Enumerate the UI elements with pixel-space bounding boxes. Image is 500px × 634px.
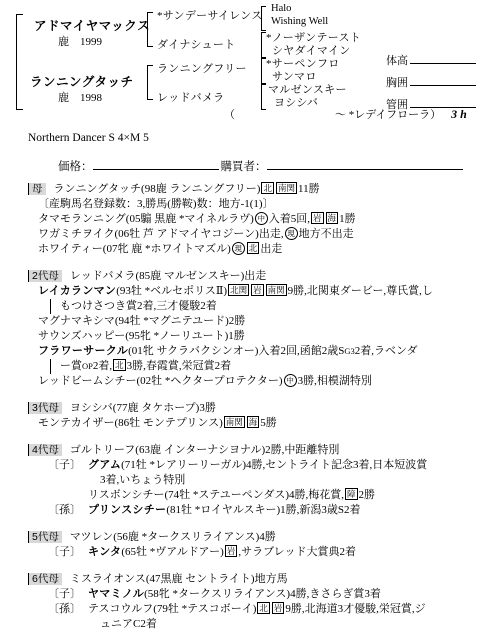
text: ュニアC2着 <box>100 618 157 630</box>
region-box: 岩 <box>251 284 264 296</box>
region-box: 北 <box>261 182 274 194</box>
family-note-tail: ～ *レデイフローラ） <box>335 109 441 121</box>
text: (93牡 *ベルセポリスⅡ) <box>116 285 227 297</box>
text: テスコウルフ(79牡 *テスコボーイ) <box>88 603 256 615</box>
text: (01牝 サクラバクシンオー)入着2回,函館2歳S <box>128 345 344 357</box>
dam-section: 3代母ヨシシバ(77鹿 タケホープ)3勝モンテカイザー(86牡 モンテプリンス)… <box>28 401 492 431</box>
buyer-fill-line <box>267 158 463 170</box>
section-label: 6代母 <box>28 573 62 585</box>
pedigree-line: フラワーサークル(01牝 サクラバクシンオー)入着2回,函館2歳SG32着,ラベ… <box>28 344 492 359</box>
text: (81牡 *ロイヤルスキー)1勝,新潟3歳S2着 <box>166 504 360 516</box>
section-head-text: レッドバメラ(85鹿 マルゼンスキー)出走 <box>70 270 266 282</box>
horse-name-bold: レイカランマン <box>38 285 116 297</box>
horse-name-bold: プリンスシチー <box>88 504 166 516</box>
region-box: 北関 <box>228 284 249 296</box>
buyer-label: 購買者： <box>221 161 267 173</box>
pedigree-line: ュニアC2着 <box>28 617 492 632</box>
text: レッドビームシチー(02牡 *ヘクタープロテクター) <box>38 375 283 387</box>
pedigree-line: 〔子〕グアム(71牡 *レアリーリーガル)4勝,セントライト記念3着,日本短波賞 <box>28 458 492 473</box>
text: (71牡 *レアリーリーガル)4勝,セントライト記念3着,日本短波賞 <box>121 459 427 471</box>
region-box: 南関 <box>224 416 245 428</box>
pedigree-line: モンテカイザー(86牡 モンテプリンス)南関海5勝 <box>28 416 492 431</box>
family-note-open: （ <box>224 109 235 121</box>
text: ホワイティー(07牝 鹿 *ホワイトマズル) <box>38 243 231 255</box>
text: 出走 <box>260 243 282 255</box>
region-box: 南関 <box>276 182 297 194</box>
region-box: 北 <box>247 242 260 254</box>
text: タマモランニング(05騸 黒鹿 *マイネルラヴ) <box>38 213 254 225</box>
section-head-text: マツレン(56鹿 *タークスリライアンス)4勝 <box>70 531 276 543</box>
pedigree-line: 〔孫〕テスコウルフ(79牡 *テスコボーイ)北岩9勝,北海道3才優駿,栄冠賞,ジ <box>28 602 492 617</box>
text: 入着5回, <box>269 213 310 225</box>
text: 9勝,北関東ダービー,尊氏賞,し <box>288 285 433 297</box>
dam-coat-year: 鹿 1998 <box>58 89 102 105</box>
family-note: （～ *レデイフローラ）3 h <box>224 106 467 122</box>
section-head: 母ランニングタッチ(98鹿 ランニングフリー)北南関11勝 <box>28 182 492 197</box>
text: (65牡 *ヴアルドアー) <box>121 546 223 558</box>
family-number: 3 h <box>451 107 467 121</box>
text: ワガミチヲイク(06牡 芦 アドマイヤコジーン)出走, <box>38 228 284 240</box>
relation-prefix: 〔孫〕 <box>48 602 88 617</box>
section-head-text: ゴルトリーフ(63鹿 インターナシヨナル)2勝,中距離特別 <box>70 444 340 456</box>
price-fill-line <box>93 158 219 170</box>
pedigree-line: リスボンシチー(74牡 *ステユーペンダス)4勝,梅花賞,障2勝 <box>28 488 492 503</box>
sire-ff: Halo <box>271 3 291 14</box>
region-box: 海 <box>326 212 339 224</box>
text: モンテカイザー(86牡 モンテプリンス) <box>38 417 223 429</box>
relation-prefix: 〔孫〕 <box>48 503 88 518</box>
horse-name-bold: グアム <box>88 459 121 471</box>
inbreeding-note: Northern Dancer S 4×M 5 <box>0 132 500 144</box>
text: 3着,いちょう特別 <box>100 474 185 486</box>
section-head: 4代母ゴルトリーフ(63鹿 インターナシヨナル)2勝,中距離特別 <box>28 443 492 458</box>
section-label: 母 <box>28 183 46 195</box>
horse-name-bold: フラワーサークル <box>38 345 128 357</box>
height-label: 体高 <box>386 55 408 67</box>
text: 2着,ラベンダ <box>355 345 418 357</box>
pedigree-line: タマモランニング(05騸 黒鹿 *マイネルラヴ)中入着5回,岩海1勝 <box>28 212 492 227</box>
region-box: 北 <box>113 359 126 371</box>
text: サウンズハッピー(95牝 *ノーリユート)1勝 <box>38 330 245 342</box>
pedigree-line: 〔産駒馬名登録数：3,勝馬(勝鞍)数：地方-1(1)〕 <box>28 197 492 212</box>
text: ,サラブレッド大賞典2着 <box>238 546 356 558</box>
pedigree-document: アドマイヤマックス 鹿 1999 *サンデーサイレンス ダイナシュート Halo… <box>0 0 500 634</box>
circle-mark: 中 <box>255 212 268 225</box>
sire-father: *サンデーサイレンス <box>157 7 263 23</box>
text: マグナマキシマ(94牡 *マグニテユード)2勝 <box>38 315 245 327</box>
text: 3勝,春霞賞,栄冠賞2着 <box>127 360 232 372</box>
sire-coat-year: 鹿 1999 <box>58 33 102 49</box>
text: 5勝 <box>260 417 277 429</box>
horse-name-bold: キンタ <box>88 546 121 558</box>
relation-prefix: 〔子〕 <box>48 587 88 602</box>
tree-bracket-dam <box>147 65 153 100</box>
region-box: 海 <box>247 416 260 428</box>
pedigree-line: 〔子〕ヤマミノル(58牝 *タークスリライアンス)4勝,きさらぎ賞3着 <box>28 587 492 602</box>
pedigree-chart: アドマイヤマックス 鹿 1999 *サンデーサイレンス ダイナシュート Halo… <box>0 0 500 128</box>
tree-bracket-outer <box>16 14 23 110</box>
section-head: 6代母ミスライオンス(47黒鹿 セントライト)地方馬 <box>28 572 492 587</box>
text: ゴルトリーフ(63鹿 インターナシヨナル)2勝,中距離特別 <box>70 444 340 456</box>
girth-label: 胸囲 <box>386 77 408 89</box>
relation-prefix: 〔子〕 <box>48 458 88 473</box>
pedigree-line: レッドビームシチー(02牡 *ヘクタープロテクター)中3勝,相模湖特別 <box>28 374 492 389</box>
height-fill-line <box>410 52 476 64</box>
sire-mother: ダイナシュート <box>157 36 235 52</box>
dam-mother: レッドバメラ <box>157 89 224 105</box>
dam-section: 4代母ゴルトリーフ(63鹿 インターナシヨナル)2勝,中距離特別〔子〕グアム(7… <box>28 443 492 518</box>
sire-fm: Wishing Well <box>271 16 328 27</box>
region-box: 岩 <box>225 545 238 557</box>
pedigree-line: 3着,いちょう特別 <box>28 473 492 488</box>
section-label: 3代母 <box>28 402 62 414</box>
text: もつけさつき賞2着,三才優駿2着 <box>60 300 217 312</box>
pedigree-line: 〔子〕キンタ(65牡 *ヴアルドアー)岩,サラブレッド大賞典2着 <box>28 545 492 560</box>
text: ランニングタッチ(98鹿 ランニングフリー) <box>54 183 261 195</box>
dam-section: 2代母レッドバメラ(85鹿 マルゼンスキー)出走レイカランマン(93牡 *ベルセ… <box>28 269 492 389</box>
region-box: 障 <box>345 488 358 500</box>
dam-father: ランニングフリー <box>157 60 247 76</box>
dam-section: 6代母ミスライオンス(47黒鹿 セントライト)地方馬〔子〕ヤマミノル(58牝 *… <box>28 572 492 632</box>
circle-mark: 中 <box>284 374 297 387</box>
text: 2着, <box>93 360 112 372</box>
region-box: 岩 <box>272 602 285 614</box>
dam-section: 母ランニングタッチ(98鹿 ランニングフリー)北南関11勝〔産駒馬名登録数：3,… <box>28 182 492 257</box>
section-head-text: ヨシシバ(77鹿 タケホープ)3勝 <box>70 402 216 414</box>
text: ヨシシバ(77鹿 タケホープ)3勝 <box>70 402 216 414</box>
section-label: 5代母 <box>28 531 62 543</box>
text: 3勝,相模湖特別 <box>298 375 372 387</box>
section-head: 2代母レッドバメラ(85鹿 マルゼンスキー)出走 <box>28 269 492 284</box>
text: (58牝 *タークスリライアンス)4勝,きさらぎ賞3着 <box>144 588 381 600</box>
sale-info-row: 価格：購買者： <box>0 158 500 174</box>
section-label: 4代母 <box>28 444 62 456</box>
text: ー賞 <box>60 360 82 372</box>
text: マツレン(56鹿 *タークスリライアンス)4勝 <box>70 531 276 543</box>
section-head-text: ミスライオンス(47黒鹿 セントライト)地方馬 <box>70 573 288 585</box>
text: 11勝 <box>298 183 320 195</box>
measurement-girth: 胸囲 <box>386 74 476 90</box>
text: 1勝 <box>339 213 356 225</box>
race-grade: G3 <box>344 346 354 356</box>
pedigree-line: 〔孫〕プリンスシチー(81牡 *ロイヤルスキー)1勝,新潟3歳S2着 <box>28 503 492 518</box>
relation-prefix: 〔子〕 <box>48 545 88 560</box>
measurement-height: 体高 <box>386 52 476 68</box>
text: レッドバメラ(85鹿 マルゼンスキー)出走 <box>70 270 266 282</box>
pedigree-line: マグナマキシマ(94牡 *マグニテユード)2勝 <box>28 314 492 329</box>
race-grade: OP <box>82 361 93 371</box>
text: 地方不出走 <box>299 228 354 240</box>
price-label: 価格： <box>58 161 93 173</box>
section-head-text: ランニングタッチ(98鹿 ランニングフリー)北南関11勝 <box>54 183 320 195</box>
dam-section: 5代母マツレン(56鹿 *タークスリライアンス)4勝〔子〕キンタ(65牡 *ヴア… <box>28 530 492 560</box>
region-box: 北 <box>257 602 270 614</box>
region-box: 岩 <box>311 212 324 224</box>
region-box: 南関 <box>266 284 287 296</box>
girth-fill-line <box>410 74 476 86</box>
pedigree-line: ワガミチヲイク(06牡 芦 アドマイヤコジーン)出走,現地方不出走 <box>28 227 492 242</box>
section-label: 2代母 <box>28 270 62 282</box>
text: 2勝 <box>359 489 376 501</box>
pedigree-line: ホワイティー(07牝 鹿 *ホワイトマズル)現北出走 <box>28 242 492 257</box>
section-head: 3代母ヨシシバ(77鹿 タケホープ)3勝 <box>28 401 492 416</box>
section-head: 5代母マツレン(56鹿 *タークスリライアンス)4勝 <box>28 530 492 545</box>
pedigree-line: もつけさつき賞2着,三才優駿2着 <box>50 299 492 314</box>
text: ミスライオンス(47黒鹿 セントライト)地方馬 <box>70 573 288 585</box>
circle-mark: 現 <box>285 227 298 240</box>
pedigree-line: サウンズハッピー(95牝 *ノーリユート)1勝 <box>28 329 492 344</box>
text: 9勝,北海道3才優駿,栄冠賞,ジ <box>285 603 425 615</box>
dam-line-sections: 母ランニングタッチ(98鹿 ランニングフリー)北南関11勝〔産駒馬名登録数：3,… <box>0 182 500 632</box>
pedigree-line: ー賞OP2着,北3勝,春霞賞,栄冠賞2着 <box>50 359 492 374</box>
dam-name: ランニングタッチ <box>30 72 134 90</box>
pedigree-line: レイカランマン(93牡 *ベルセポリスⅡ)北関岩南関9勝,北関東ダービー,尊氏賞… <box>28 284 492 299</box>
text: 〔産駒馬名登録数：3,勝馬(勝鞍)数：地方-1(1)〕 <box>38 198 274 210</box>
sire-name: アドマイヤマックス <box>34 16 150 34</box>
circle-mark: 現 <box>232 242 245 255</box>
horse-name-bold: ヤマミノル <box>88 588 144 600</box>
text: リスボンシチー(74牡 *ステユーペンダス)4勝,梅花賞, <box>88 489 344 501</box>
